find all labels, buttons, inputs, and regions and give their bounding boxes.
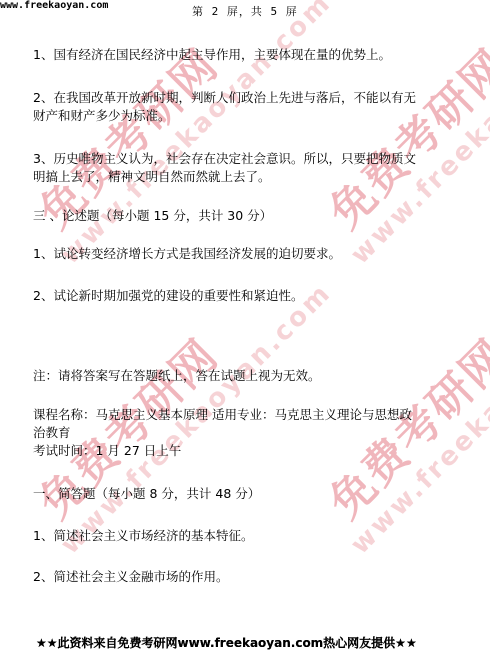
footer-source-banner: ★★此资料来自免费考研网www.freekaoyan.com热心网友提供★★ [36,634,417,651]
page-indicator: 第 2 屏，共 5 屏 [192,3,298,19]
watermark: 免费考研网 www.freekaoyan.com [310,320,490,560]
exam-note: 注：请将答案写在答题纸上，答在试题上视为无效。 [33,367,321,385]
section-title: 一、简答题（每小题 8 分，共计 48 分） [33,485,260,503]
question-item: 2、在我国改革开放新时期，判断人们政治上先进与落后，不能以有无 [33,89,416,107]
watermark-text-url: www.freekaoyan.com [345,355,490,560]
question-item-continued: 财产和财产多少为标准。 [33,107,171,125]
section-title: 三 、论述题（每小题 15 分，共计 30 分） [33,207,272,225]
question-item: 1、简述社会主义市场经济的基本特征。 [33,527,253,545]
watermark-text-cn: 免费考研网 [310,320,490,539]
header-site-url: www.freekaoyan.com [0,0,108,11]
question-item: 2、简述社会主义金融市场的作用。 [33,568,228,586]
question-item-continued: 明搞上去了，精神文明自然而然就上去了。 [33,168,271,186]
course-info-continued: 治教育 [33,424,71,442]
course-info: 课程名称：马克思主义基本原理 适用专业：马克思主义理论与思想政 [33,406,412,424]
exam-time: 考试时间：1 月 27 日上午 [33,442,181,460]
question-item: 1、试论转变经济增长方式是我国经济发展的迫切要求。 [33,245,341,263]
question-item: 3、历史唯物主义认为，社会存在决定社会意识。所以，只要把物质文 [33,150,416,168]
question-item: 2、试论新时期加强党的建设的重要性和紧迫性。 [33,287,303,305]
question-item: 1、国有经济在国民经济中起主导作用，主要体现在量的优势上。 [33,46,391,64]
